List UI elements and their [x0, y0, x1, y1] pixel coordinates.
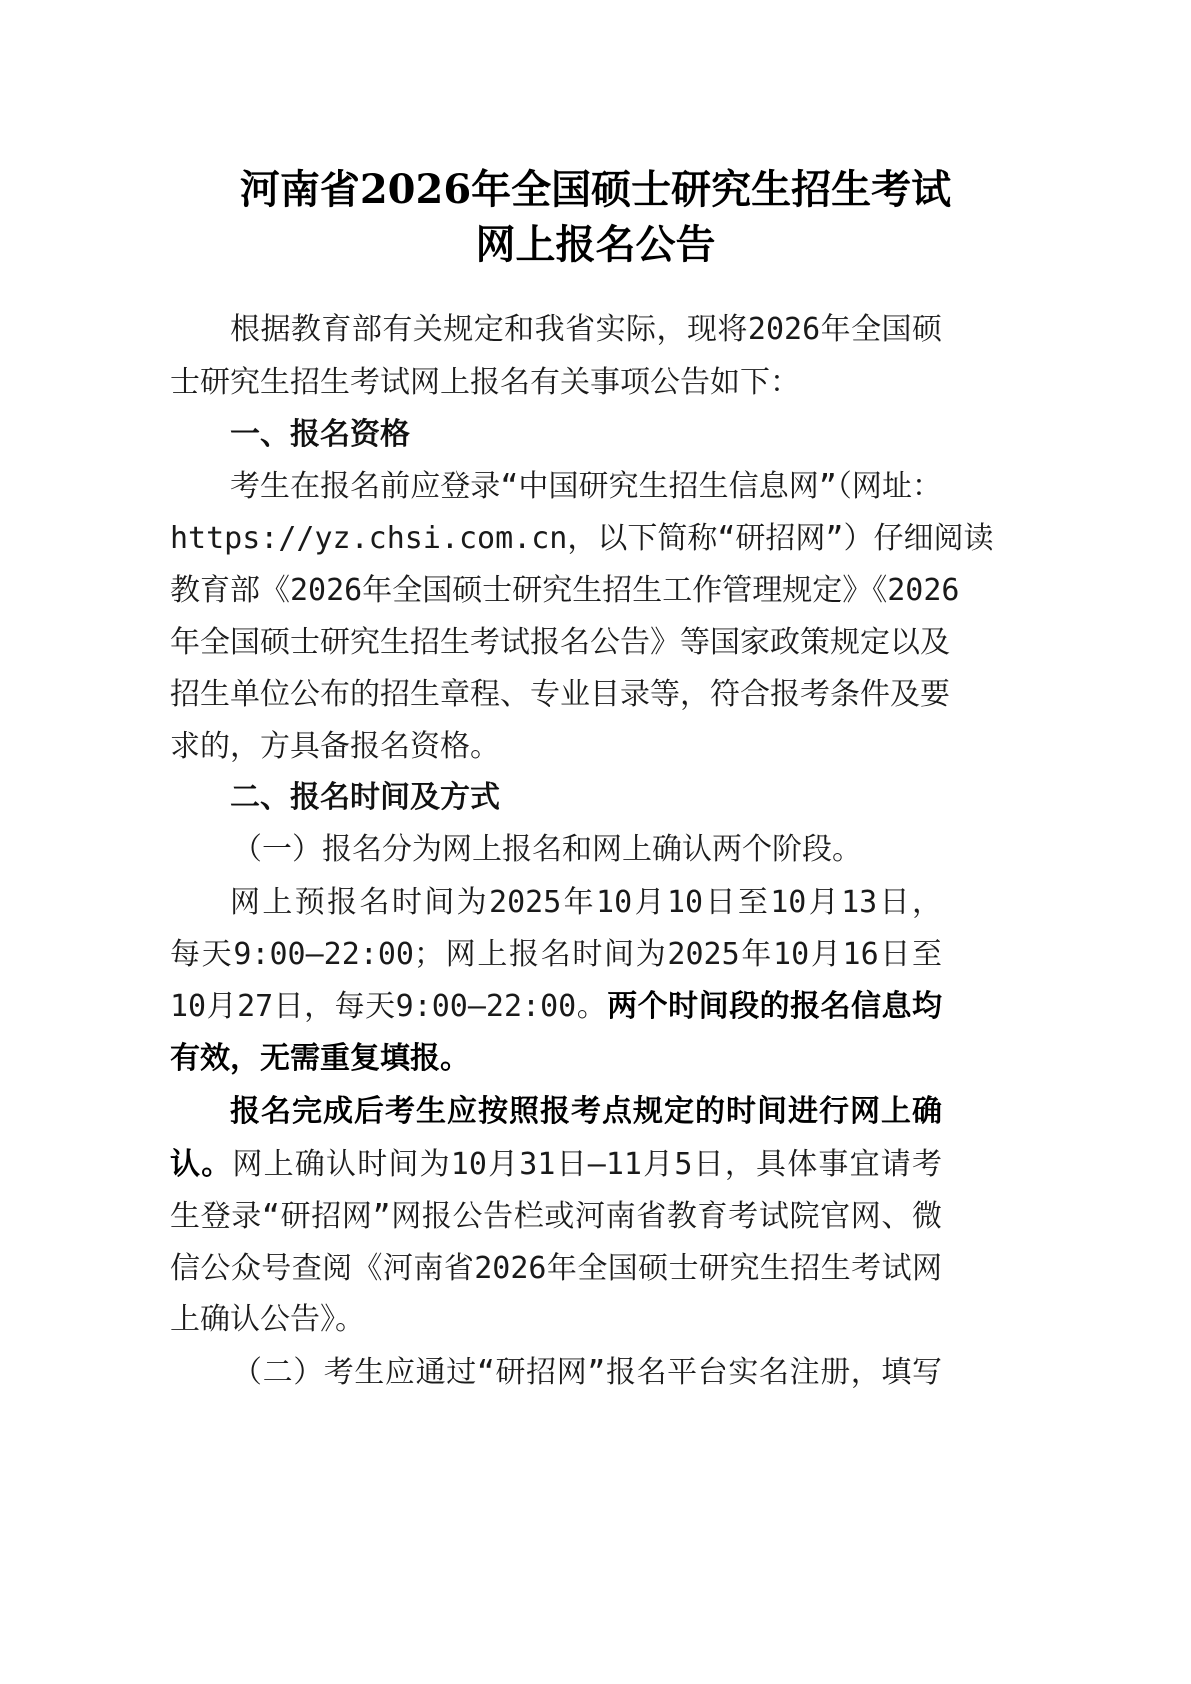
schedule-line-3-bold: 两个时间段的报名信息均	[607, 989, 942, 1024]
schedule-line-3: 10月27日，每天9:00—22:00。两个时间段的报名信息均	[170, 981, 942, 1033]
subsection-2: （二）考生应通过“研招网”报名平台实名注册，填写	[232, 1347, 942, 1399]
eligibility-line-3: 教育部《2026年全国硕士研究生招生工作管理规定》《2026	[170, 565, 942, 617]
schedule-line-2: 每天9:00—22:00；网上报名时间为2025年10月16日至	[170, 929, 942, 981]
confirm-line-5: 上确认公告》。	[170, 1294, 942, 1346]
confirm-line-2: 认。网上确认时间为10月31日—11月5日，具体事宜请考	[170, 1139, 942, 1191]
schedule-line-3-normal: 10月27日，每天9:00—22:00。	[170, 989, 607, 1024]
eligibility-line-5: 招生单位公布的招生章程、专业目录等，符合报考条件及要	[170, 669, 942, 721]
intro-line-2: 士研究生招生考试网上报名有关事项公告如下：	[170, 357, 942, 409]
intro-line-1: 根据教育部有关规定和我省实际，现将2026年全国硕	[230, 304, 942, 356]
document-title-line-2: 网上报名公告	[0, 217, 1191, 273]
confirm-line-1-bold: 报名完成后考生应按照报考点规定的时间进行网上确	[230, 1086, 942, 1138]
subsection-1: （一）报名分为网上报名和网上确认两个阶段。	[232, 824, 942, 876]
schedule-line-1: 网上预报名时间为2025年10月10日至10月13日，	[230, 877, 942, 929]
eligibility-line-2: https://yz.chsi.com.cn，以下简称“研招网”）仔细阅读	[170, 513, 942, 565]
section-heading-time-and-method: 二、报名时间及方式	[230, 772, 500, 824]
document-title-line-1: 河南省2026年全国硕士研究生招生考试	[0, 162, 1191, 218]
schedule-line-4-bold: 有效，无需重复填报。	[170, 1033, 942, 1085]
document-page: 河南省2026年全国硕士研究生招生考试 网上报名公告 根据教育部有关规定和我省实…	[0, 0, 1191, 1684]
eligibility-line-4: 年全国硕士研究生招生考试报名公告》等国家政策规定以及	[170, 617, 942, 669]
confirm-line-3: 生登录“研招网”网报公告栏或河南省教育考试院官网、微	[170, 1191, 942, 1243]
confirm-line-4: 信公众号查阅《河南省2026年全国硕士研究生招生考试网	[170, 1243, 942, 1295]
eligibility-line-6: 求的，方具备报名资格。	[170, 721, 942, 773]
confirm-line-2-bold: 认。	[170, 1147, 232, 1182]
eligibility-line-1: 考生在报名前应登录“中国研究生招生信息网”（网址：	[230, 461, 942, 513]
section-heading-eligibility: 一、报名资格	[230, 409, 410, 461]
confirm-line-2-normal: 网上确认时间为10月31日—11月5日，具体事宜请考	[232, 1147, 942, 1182]
